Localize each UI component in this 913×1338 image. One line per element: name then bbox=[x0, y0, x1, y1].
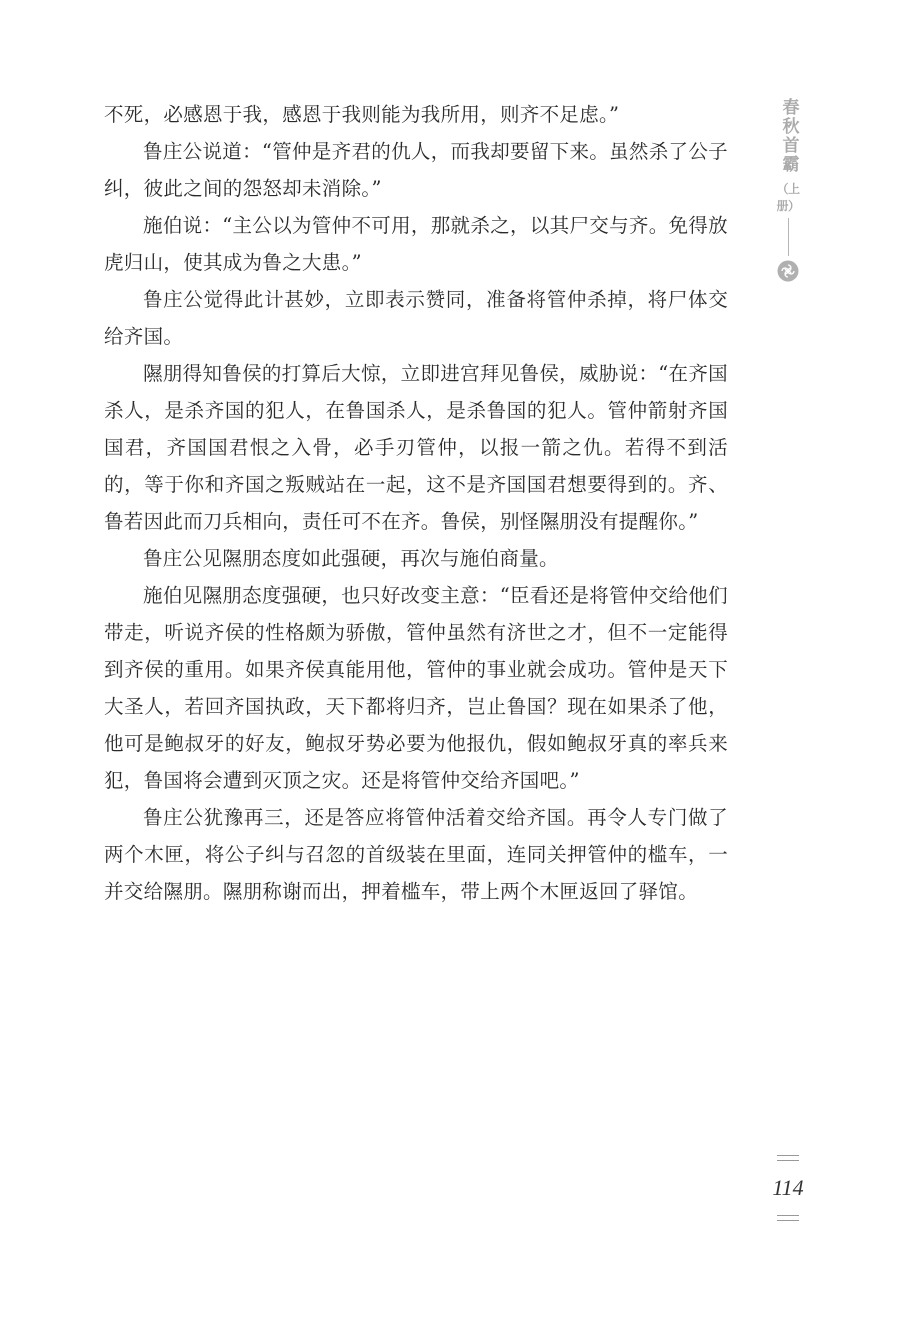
body-text: 不死，必感恩于我，感恩于我则能为我所用，则齐不足虑。” 鲁庄公说道：“管仲是齐君… bbox=[104, 96, 728, 910]
paragraph: 隰朋得知鲁侯的打算后大惊，立即进宫拜见鲁侯，威胁说：“在齐国杀人，是杀齐国的犯人… bbox=[104, 355, 728, 540]
running-header: 春秋首霸 （上册） bbox=[768, 98, 808, 282]
volume-label: （上册） bbox=[768, 180, 808, 214]
paragraph: 不死，必感恩于我，感恩于我则能为我所用，则齐不足虑。” bbox=[104, 96, 728, 133]
divider bbox=[777, 1215, 799, 1221]
page-number-block: 114 bbox=[766, 1155, 810, 1221]
divider bbox=[788, 218, 789, 256]
paragraph: 鲁庄公犹豫再三，还是答应将管仲活着交给齐国。再令人专门做了两个木匣，将公子纠与召… bbox=[104, 799, 728, 910]
paragraph: 施伯说：“主公以为管仲不可用，那就杀之，以其尸交与齐。免得放虎归山，使其成为鲁之… bbox=[104, 207, 728, 281]
paragraph: 鲁庄公见隰朋态度如此强硬，再次与施伯商量。 bbox=[104, 540, 728, 577]
page-number: 114 bbox=[766, 1175, 810, 1201]
divider bbox=[777, 1155, 799, 1161]
swirl-medallion-icon bbox=[777, 260, 799, 282]
paragraph: 鲁庄公说道：“管仲是齐君的仇人，而我却要留下来。虽然杀了公子纠，彼此之间的怨怒却… bbox=[104, 133, 728, 207]
paragraph: 施伯见隰朋态度强硬，也只好改变主意：“臣看还是将管仲交给他们带走，听说齐侯的性格… bbox=[104, 577, 728, 799]
paragraph: 鲁庄公觉得此计甚妙，立即表示赞同，准备将管仲杀掉，将尸体交给齐国。 bbox=[104, 281, 728, 355]
book-title: 春秋首霸 bbox=[778, 98, 799, 174]
